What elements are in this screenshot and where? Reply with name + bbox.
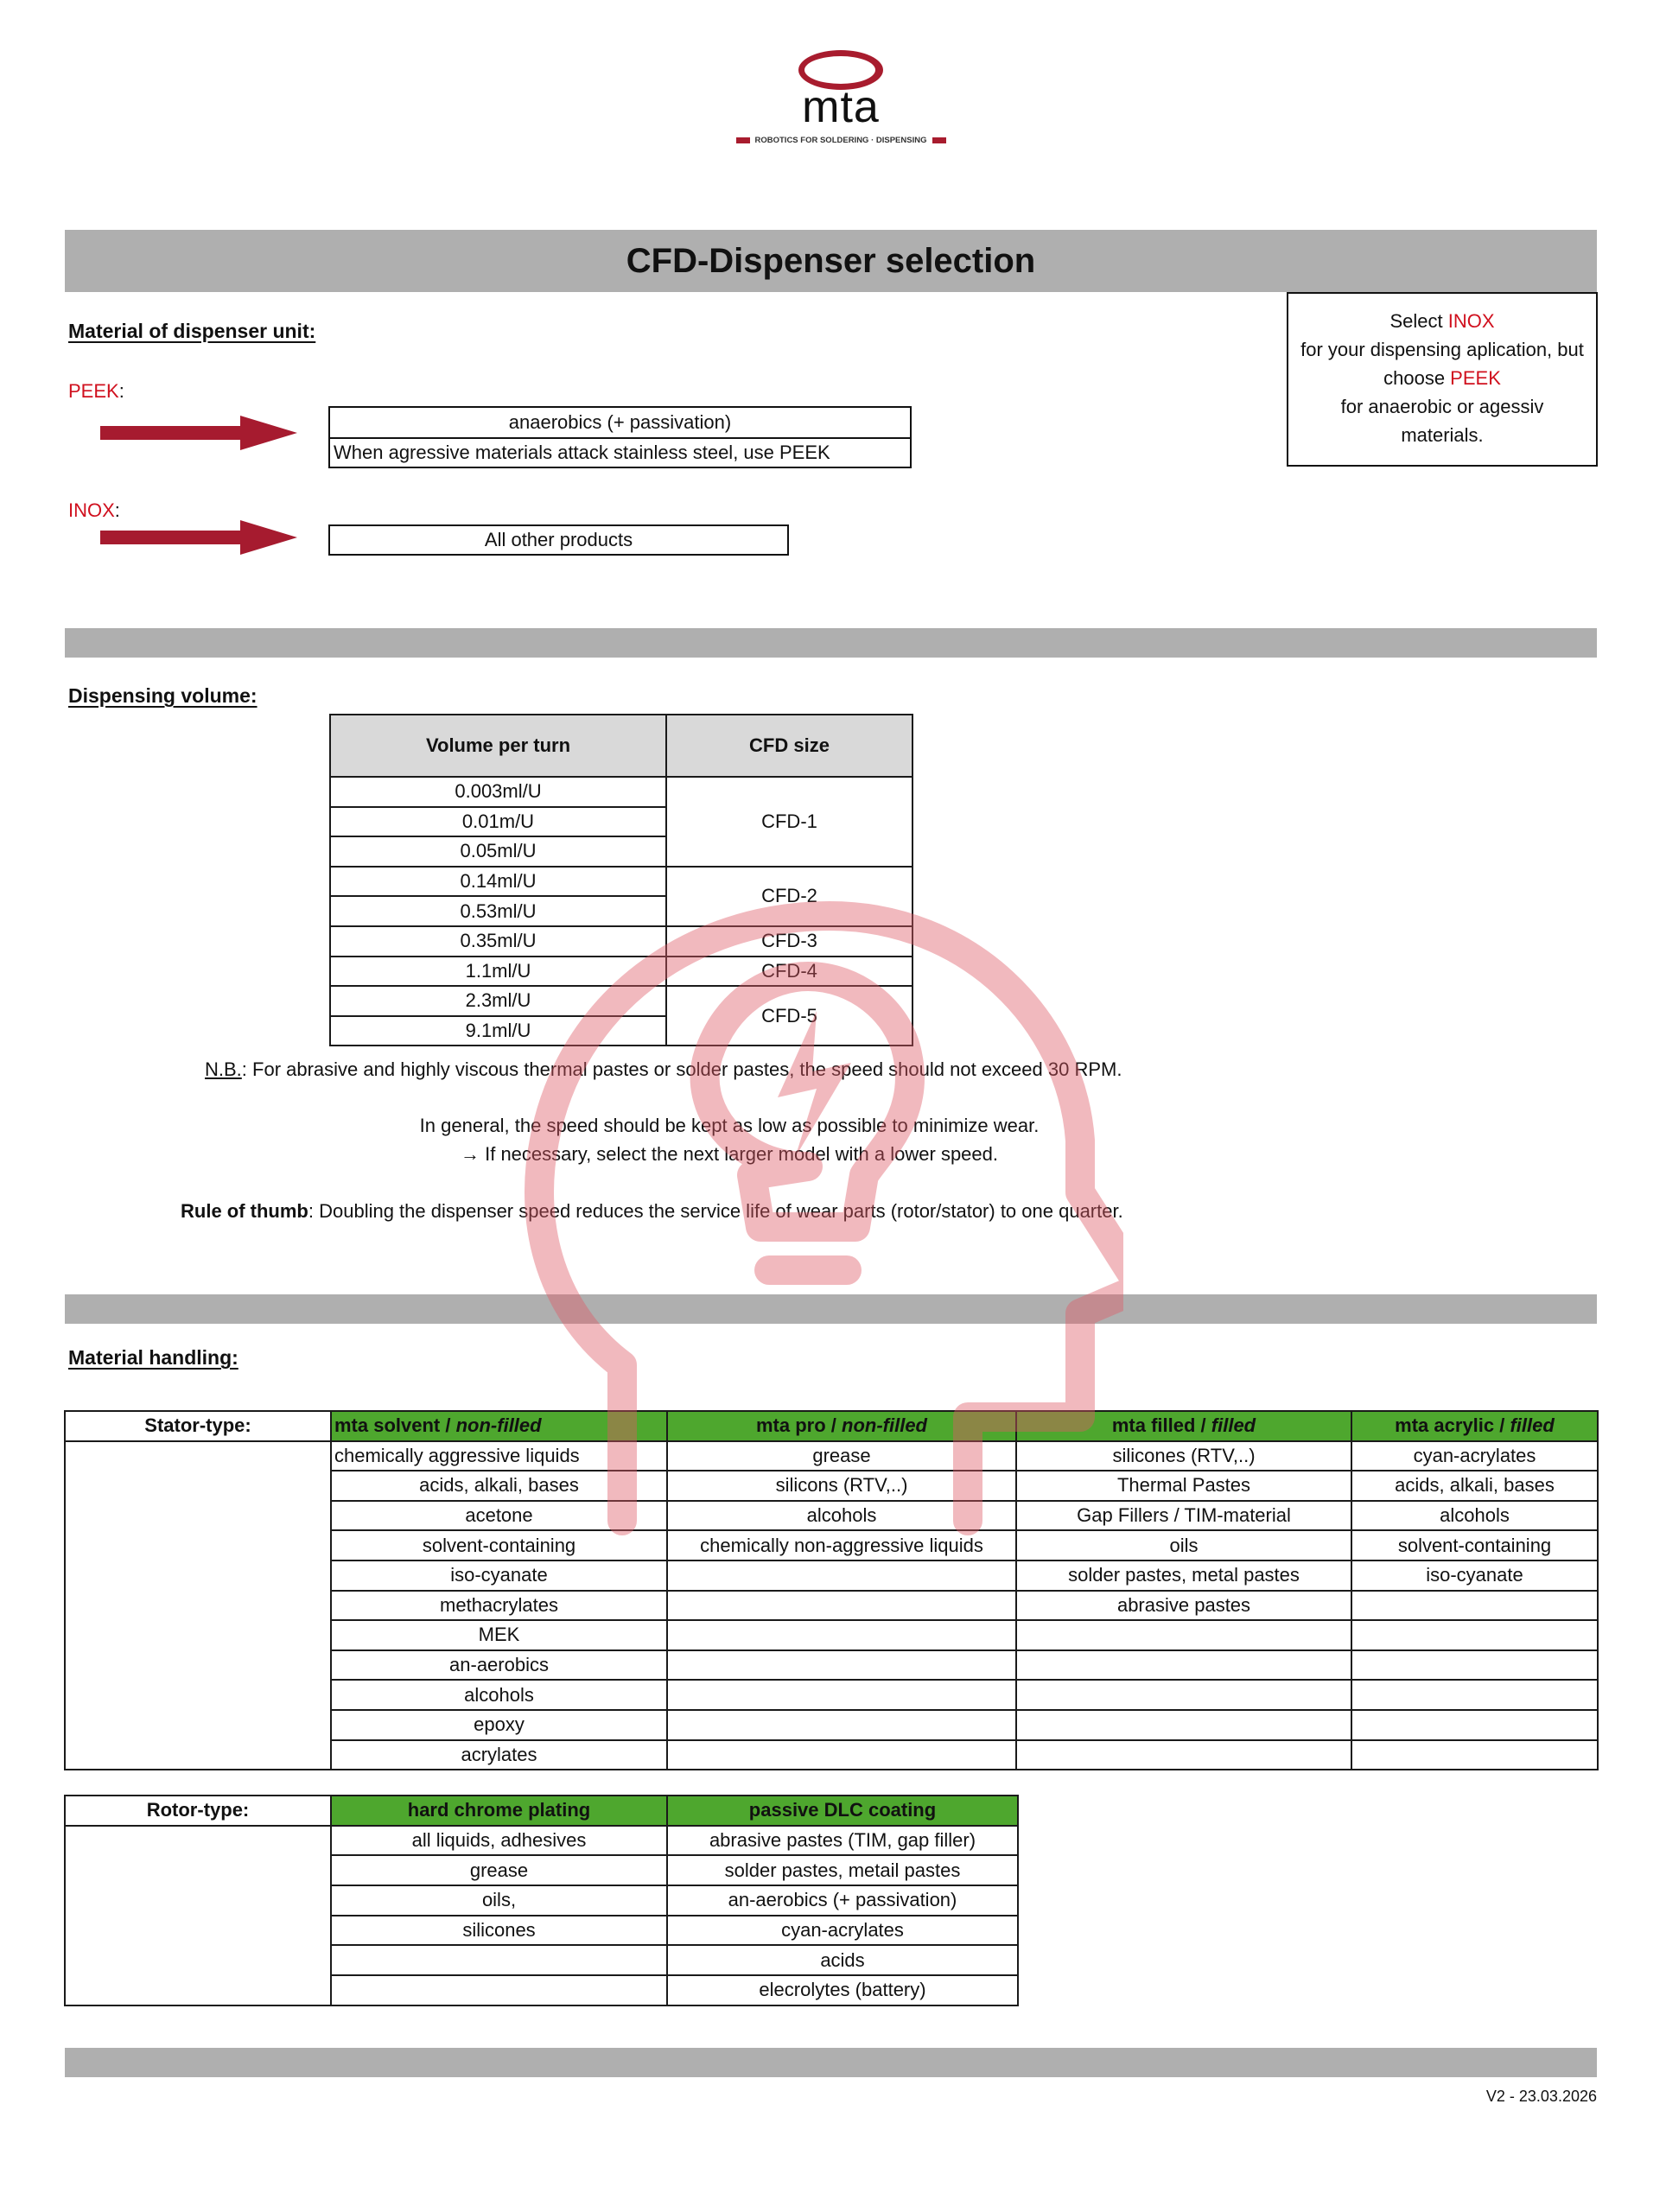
table-cell: MEK [331, 1620, 667, 1650]
table-cell: solder pastes, metal pastes [1016, 1560, 1351, 1591]
section-divider [65, 628, 1597, 658]
table-cell [667, 1560, 1016, 1591]
arrow-right-icon [100, 520, 297, 555]
blank-cell [65, 1441, 331, 1770]
table-cell: acids, alkali, bases [1351, 1471, 1598, 1501]
table-cell: elecrolytes (battery) [667, 1975, 1018, 2005]
peek-row: anaerobics (+ passivation) [330, 408, 910, 437]
table-cell: an-aerobics [331, 1650, 667, 1681]
material-heading: Material of dispenser unit: [68, 320, 315, 343]
material-note-box: Select INOX for your dispensing aplicati… [1287, 292, 1598, 467]
stator-column-header: mta filled / filled [1016, 1411, 1351, 1441]
table-cell: solvent-containing [1351, 1530, 1598, 1560]
column-header: Volume per turn [330, 715, 666, 777]
table-cell [331, 1975, 667, 2005]
volume-heading: Dispensing volume: [68, 684, 258, 708]
table-cell: Thermal Pastes [1016, 1471, 1351, 1501]
column-header: CFD size [666, 715, 912, 777]
table-cell: chemically non-aggressive liquids [667, 1530, 1016, 1560]
table-cell [331, 1945, 667, 1975]
stator-column-header: mta solvent / non-filled [331, 1411, 667, 1441]
logo-wordmark: mta [724, 85, 957, 130]
table-cell [667, 1591, 1016, 1621]
table-cell: silicones [331, 1916, 667, 1946]
peek-row: When agressive materials attack stainles… [330, 437, 910, 467]
section-divider [65, 2048, 1597, 2077]
stator-table: Stator-type: mta solvent / non-filledmta… [64, 1410, 1599, 1770]
table-cell: methacrylates [331, 1591, 667, 1621]
cfd-size-cell: CFD-4 [666, 957, 912, 987]
table-cell: abrasive pastes [1016, 1591, 1351, 1621]
table-cell [1016, 1740, 1351, 1770]
table-row: 2.3ml/UCFD-5 [330, 986, 912, 1016]
version-label: V2 - 23.03.2026 [1486, 2088, 1597, 2106]
rule-of-thumb: Rule of thumb: Doubling the dispenser sp… [181, 1200, 1123, 1223]
table-cell: alcohols [667, 1501, 1016, 1531]
table-cell: oils [1016, 1530, 1351, 1560]
table-cell [1351, 1620, 1598, 1650]
table-cell: acrylates [331, 1740, 667, 1770]
table-cell: alcohols [331, 1680, 667, 1710]
stator-column-header: mta pro / non-filled [667, 1411, 1016, 1441]
table-cell: grease [331, 1855, 667, 1885]
table-cell: cyan-acrylates [1351, 1441, 1598, 1471]
peek-label: PEEK: [68, 380, 124, 403]
table-cell: solvent-containing [331, 1530, 667, 1560]
table-row: chemically aggressive liquidsgreasesilic… [65, 1441, 1598, 1471]
table-cell: Gap Fillers / TIM-material [1016, 1501, 1351, 1531]
table-cell: an-aerobics (+ passivation) [667, 1885, 1018, 1916]
table-row: 0.14ml/UCFD-2 [330, 867, 912, 897]
table-cell: iso-cyanate [1351, 1560, 1598, 1591]
stator-type-label: Stator-type: [65, 1411, 331, 1441]
peek-box: anaerobics (+ passivation) When agressiv… [328, 406, 912, 468]
table-cell [1016, 1710, 1351, 1740]
table-cell [667, 1740, 1016, 1770]
cfd-size-cell: CFD-1 [666, 777, 912, 867]
general-note-2: → If necessary, select the next larger m… [0, 1143, 1666, 1166]
rotor-type-label: Rotor-type: [65, 1796, 331, 1826]
rotor-column-header: passive DLC coating [667, 1796, 1018, 1826]
table-cell: silicons (RTV,..) [667, 1471, 1016, 1501]
table-cell: iso-cyanate [331, 1560, 667, 1591]
arrow-right-icon [100, 416, 297, 450]
nb-note: N.B.: For abrasive and highly viscous th… [205, 1058, 1122, 1081]
general-note-1: In general, the speed should be kept as … [0, 1115, 1666, 1137]
table-cell: silicones (RTV,..) [1016, 1441, 1351, 1471]
page-title: CFD-Dispenser selection [626, 242, 1035, 281]
tagline-bar-left [736, 137, 750, 143]
table-cell [667, 1710, 1016, 1740]
handling-heading: Material handling: [68, 1346, 238, 1370]
table-cell: epoxy [331, 1710, 667, 1740]
table-row: 1.1ml/UCFD-4 [330, 957, 912, 987]
table-cell: cyan-acrylates [667, 1916, 1018, 1946]
table-cell [667, 1620, 1016, 1650]
table-cell [1016, 1680, 1351, 1710]
table-cell: oils, [331, 1885, 667, 1916]
table-cell [1351, 1591, 1598, 1621]
table-cell: grease [667, 1441, 1016, 1471]
table-cell: abrasive pastes (TIM, gap filler) [667, 1826, 1018, 1856]
inox-row: All other products [330, 526, 787, 554]
table-cell [1351, 1680, 1598, 1710]
table-cell: solder pastes, metail pastes [667, 1855, 1018, 1885]
table-cell [1351, 1710, 1598, 1740]
inox-box: All other products [328, 524, 789, 556]
rotor-column-header: hard chrome plating [331, 1796, 667, 1826]
blank-cell [65, 1826, 331, 2005]
mta-logo: mta ROBOTICS FOR SOLDERING · DISPENSING [724, 45, 957, 157]
table-cell [667, 1680, 1016, 1710]
table-cell [1016, 1650, 1351, 1681]
table-cell: acids [667, 1945, 1018, 1975]
table-row: all liquids, adhesivesabrasive pastes (T… [65, 1826, 1018, 1856]
cfd-size-cell: CFD-2 [666, 867, 912, 926]
table-cell: all liquids, adhesives [331, 1826, 667, 1856]
cfd-size-cell: CFD-5 [666, 986, 912, 1046]
inox-label: INOX: [68, 499, 120, 522]
stator-column-header: mta acrylic / filled [1351, 1411, 1598, 1441]
table-row: 0.35ml/UCFD-3 [330, 926, 912, 957]
table-cell: acids, alkali, bases [331, 1471, 667, 1501]
table-cell: chemically aggressive liquids [331, 1441, 667, 1471]
table-cell [1351, 1740, 1598, 1770]
logo-tagline: ROBOTICS FOR SOLDERING · DISPENSING [729, 136, 952, 145]
table-cell [667, 1650, 1016, 1681]
tagline-bar-right [932, 137, 946, 143]
section-divider [65, 1294, 1597, 1324]
table-cell: acetone [331, 1501, 667, 1531]
volume-table: Volume per turn CFD size 0.003ml/UCFD-1 … [329, 714, 913, 1046]
table-cell [1351, 1650, 1598, 1681]
table-cell [1016, 1620, 1351, 1650]
rotor-table: Rotor-type: hard chrome platingpassive D… [64, 1795, 1019, 2006]
table-row: 0.003ml/UCFD-1 [330, 777, 912, 807]
cfd-size-cell: CFD-3 [666, 926, 912, 957]
table-cell: alcohols [1351, 1501, 1598, 1531]
title-bar: CFD-Dispenser selection [65, 230, 1597, 292]
